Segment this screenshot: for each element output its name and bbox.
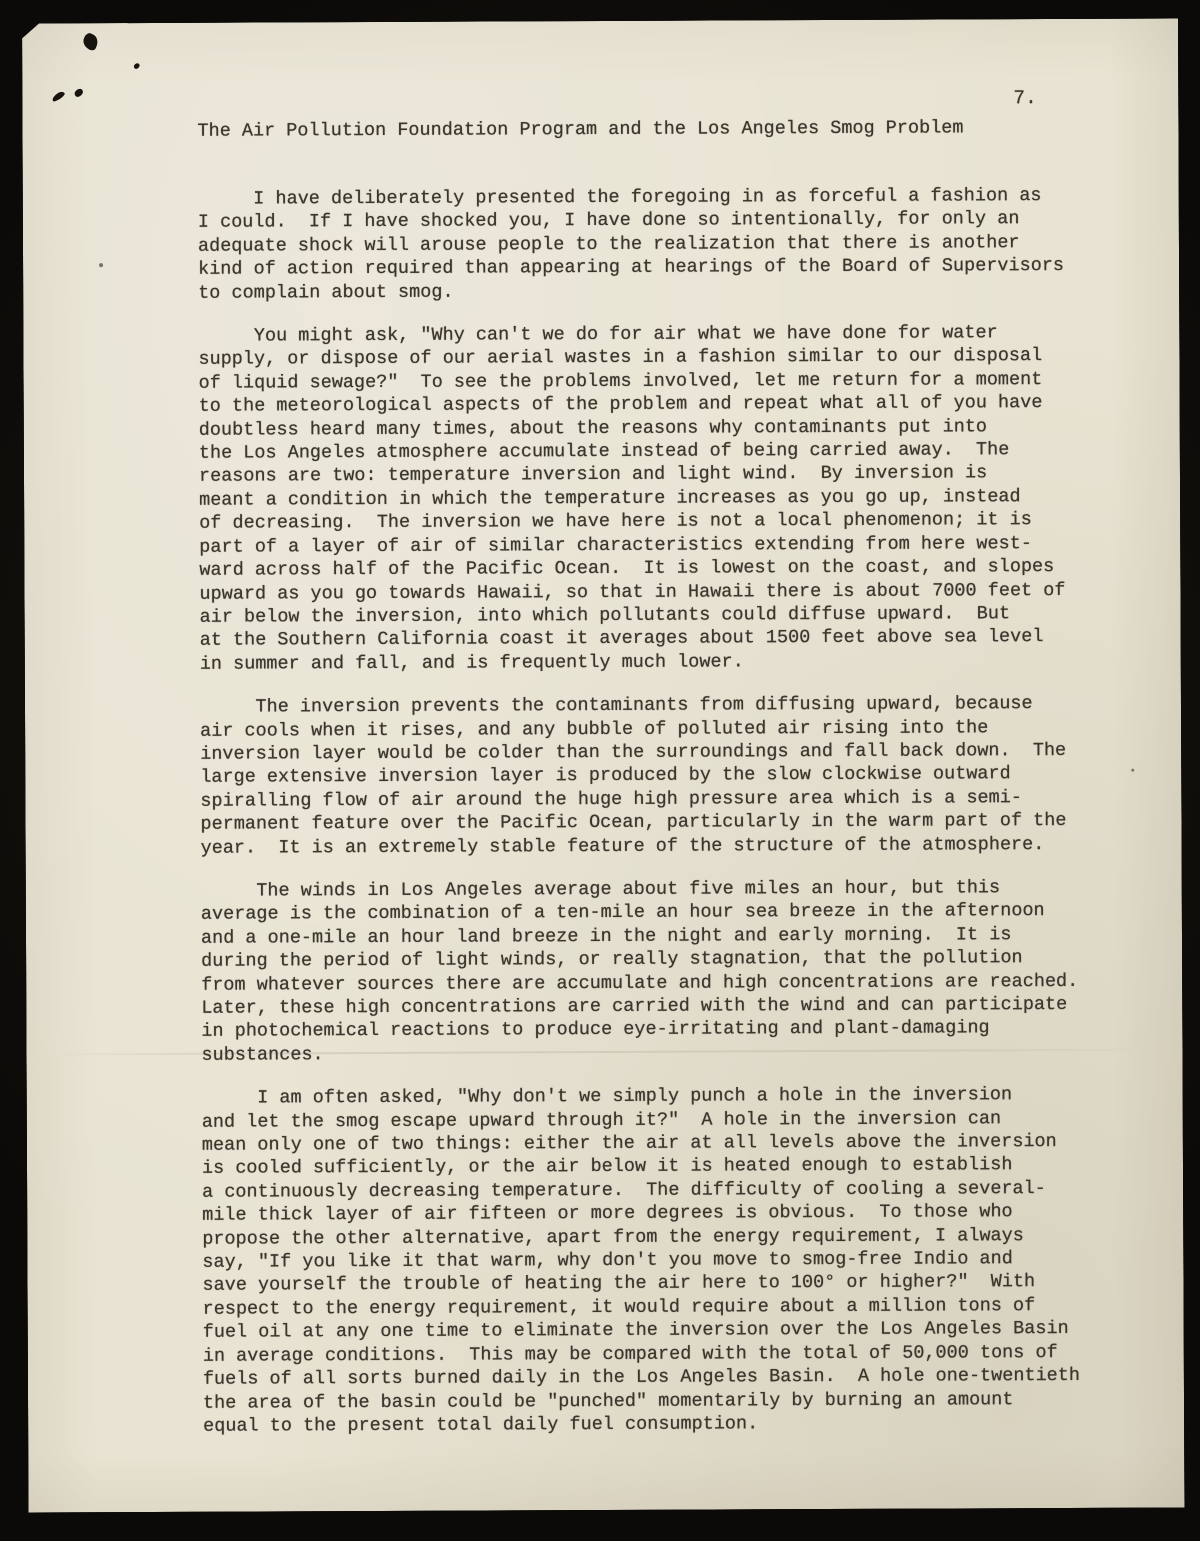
ink-speck-dot [133, 62, 140, 70]
paragraph: The inversion prevents the contaminants … [200, 692, 1131, 860]
ink-speck-faint [99, 263, 103, 267]
paragraph: I have deliberately presented the forego… [198, 184, 1129, 305]
scan-background: 7. The Air Pollution Foundation Program … [0, 0, 1200, 1541]
ink-speck-faint [1131, 769, 1134, 772]
paragraph: The winds in Los Angeles average about f… [201, 876, 1132, 1067]
ink-speck-comma [51, 90, 66, 103]
document-body: I have deliberately presented the forego… [198, 184, 1134, 1458]
paragraph: I am often asked, "Why don't we simply p… [202, 1083, 1134, 1438]
page-title: The Air Pollution Foundation Program and… [197, 116, 963, 143]
document-page: 7. The Air Pollution Foundation Program … [22, 18, 1184, 1512]
ink-speck-blob [80, 32, 100, 52]
ink-speck-comma [73, 88, 84, 98]
paragraph: You might ask, "Why can't we do for air … [198, 321, 1130, 676]
page-number: 7. [1013, 87, 1037, 111]
